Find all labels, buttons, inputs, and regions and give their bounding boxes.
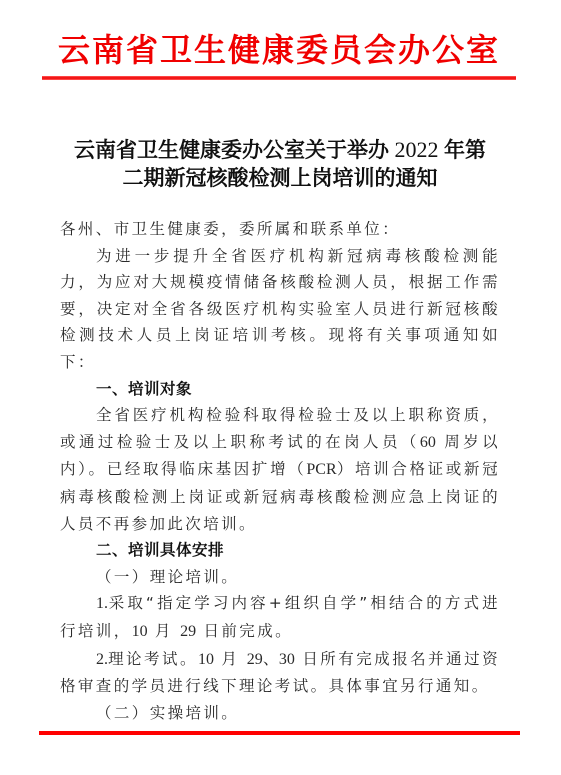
title-line-2: 二期新冠核酸检测上岗培训的通知 (40, 164, 520, 192)
intro-paragraph: 为进一步提升全省医疗机构新冠病毒核酸检测能力，为应对大规模疫情储备核酸检测人员，… (60, 243, 500, 376)
document-page: 云南省卫生健康委员会办公室 云南省卫生健康委办公室关于举办 2022 年第 二期… (0, 0, 561, 775)
document-title: 云南省卫生健康委办公室关于举办 2022 年第 二期新冠核酸检测上岗培训的通知 (40, 136, 520, 192)
pcr-label: PCR (306, 461, 336, 478)
title-year: 2022 (389, 137, 444, 162)
section-1-heading: 一、培训对象 (60, 376, 500, 403)
document-body: 各州、市卫生健康委，委所属和联系单位： 为进一步提升全省医疗机构新冠病毒核酸检测… (60, 216, 500, 726)
item-1: 1.采取“指定学习内容+组织自学”相结合的方式进行培训，10 月 29 日前完成… (60, 590, 500, 645)
subsection-2-label: （二）实操培训。 (60, 700, 500, 727)
section-1-paragraph: 全省医疗机构检验科取得检验士及以上职称资质，或通过检验士及以上职称考试的在岗人员… (60, 402, 500, 537)
salutation: 各州、市卫生健康委，委所属和联系单位： (60, 216, 500, 243)
title-line-1-text: 云南省卫生健康委办公室关于举办 (74, 137, 389, 162)
masthead-red-rule (42, 76, 516, 80)
item-2-month: 10 (198, 651, 214, 668)
item-1-month: 10 (132, 623, 148, 640)
item-1-day: 29 (180, 623, 196, 640)
item-2-days: 29、30 (247, 651, 295, 668)
masthead-title: 云南省卫生健康委员会办公室 (42, 28, 516, 72)
item-2-text: 理论考试。 (108, 650, 198, 668)
item-2-num: 2. (96, 651, 108, 668)
item-1-tail: 日前完成。 (196, 622, 293, 640)
item-1-num: 1. (96, 595, 108, 612)
title-line-1: 云南省卫生健康委办公室关于举办 2022 年第 (40, 136, 520, 164)
footer-red-rule (39, 731, 520, 735)
item-1-month-label: 月 (148, 622, 181, 640)
item-2-month-label: 月 (214, 650, 247, 668)
item-2: 2.理论考试。10 月 29、30 日所有完成报名并通过资格审查的学员进行线下理… (60, 646, 500, 700)
subsection-1-label: （一）理论培训。 (60, 564, 500, 591)
title-line-1-suffix: 年第 (444, 137, 486, 162)
section-2-heading: 二、培训具体安排 (60, 537, 500, 564)
age-limit: 60 (420, 434, 436, 451)
